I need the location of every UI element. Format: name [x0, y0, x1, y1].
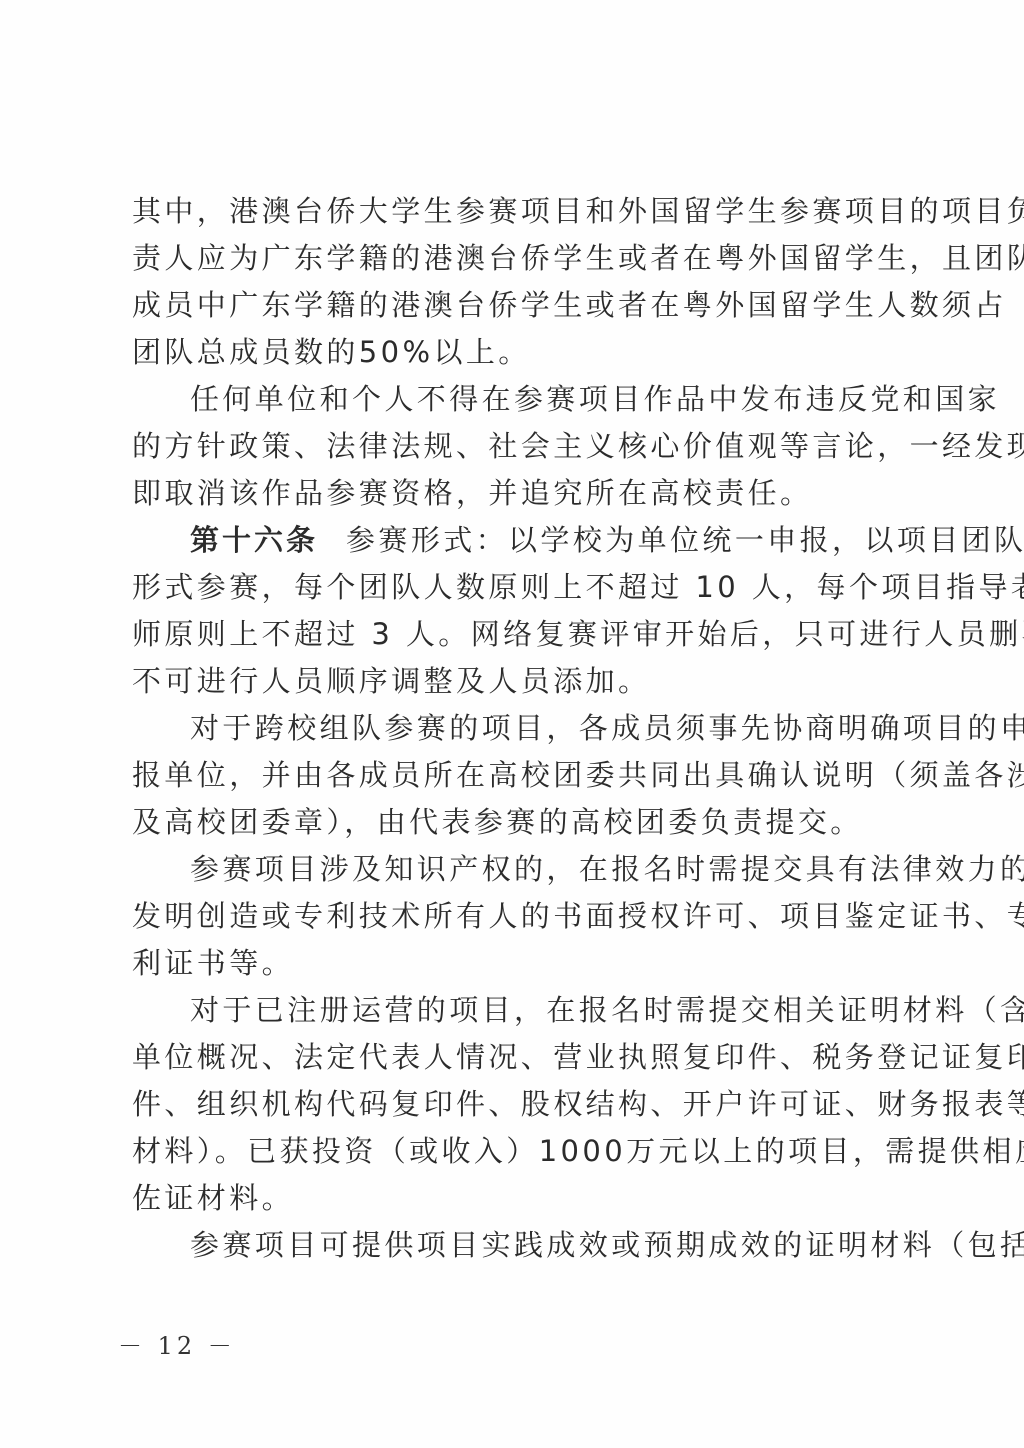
- paragraph-cross-school-teams: 对于跨校组队参赛的项目，各成员须事先协商明确项目的申 报单位，并由各成员所在高校…: [132, 705, 892, 846]
- text-line: 即取消该作品参赛资格，并追究所在高校责任。: [132, 470, 892, 517]
- text-line: 利证书等。: [132, 940, 892, 987]
- paragraph-prohibited-content: 任何单位和个人不得在参赛项目作品中发布违反党和国家 的方针政策、法律法规、社会主…: [132, 376, 892, 517]
- text-line: 对于跨校组队参赛的项目，各成员须事先协商明确项目的申: [132, 705, 892, 752]
- text-line: 对于已注册运营的项目，在报名时需提交相关证明材料（含: [132, 987, 892, 1034]
- text-line: 团队总成员数的50%以上。: [132, 329, 892, 376]
- article-16-participation-form: 第十六条参赛形式：以学校为单位统一申报，以项目团队 形式参赛，每个团队人数原则上…: [132, 517, 892, 705]
- text-line: 的方针政策、法律法规、社会主义核心价值观等言论，一经发现: [132, 423, 892, 470]
- paragraph-registered-projects: 对于已注册运营的项目，在报名时需提交相关证明材料（含 单位概况、法定代表人情况、…: [132, 987, 892, 1222]
- text-line: 责人应为广东学籍的港澳台侨学生或者在粤外国留学生，且团队: [132, 235, 892, 282]
- text-line: 参赛项目涉及知识产权的，在报名时需提交具有法律效力的: [132, 846, 892, 893]
- text-line: 参赛项目可提供项目实践成效或预期成效的证明材料（包括: [132, 1222, 892, 1269]
- text-line: 报单位，并由各成员所在高校团委共同出具确认说明（须盖各涉: [132, 752, 892, 799]
- text-line: 成员中广东学籍的港澳台侨学生或者在粤外国留学生人数须占: [132, 282, 892, 329]
- article-heading: 第十六条: [190, 523, 318, 557]
- text-line: 单位概况、法定代表人情况、营业执照复印件、税务登记证复印: [132, 1034, 892, 1081]
- page-number: － 12 －: [118, 1326, 236, 1361]
- text-line: 其中，港澳台侨大学生参赛项目和外国留学生参赛项目的项目负: [132, 188, 892, 235]
- text-line: 件、组织机构代码复印件、股权结构、开户许可证、财务报表等: [132, 1081, 892, 1128]
- text-line: 形式参赛，每个团队人数原则上不超过 10 人，每个项目指导老: [132, 564, 892, 611]
- paragraph-intellectual-property: 参赛项目涉及知识产权的，在报名时需提交具有法律效力的 发明创造或专利技术所有人的…: [132, 846, 892, 987]
- text-line: 第十六条参赛形式：以学校为单位统一申报，以项目团队: [132, 517, 892, 564]
- document-page: 其中，港澳台侨大学生参赛项目和外国留学生参赛项目的项目负 责人应为广东学籍的港澳…: [0, 0, 1024, 1448]
- paragraph-overseas-students: 其中，港澳台侨大学生参赛项目和外国留学生参赛项目的项目负 责人应为广东学籍的港澳…: [132, 188, 892, 376]
- article-text: 参赛形式：以学校为单位统一申报，以项目团队: [346, 523, 1024, 557]
- document-body: 其中，港澳台侨大学生参赛项目和外国留学生参赛项目的项目负 责人应为广东学籍的港澳…: [132, 188, 892, 1269]
- text-line: 发明创造或专利技术所有人的书面授权许可、项目鉴定证书、专: [132, 893, 892, 940]
- text-line: 佐证材料。: [132, 1175, 892, 1222]
- text-line: 材料）。已获投资（或收入）1000万元以上的项目，需提供相应: [132, 1128, 892, 1175]
- text-line: 师原则上不超过 3 人。网络复赛评审开始后，只可进行人员删减，: [132, 611, 892, 658]
- text-line: 及高校团委章），由代表参赛的高校团委负责提交。: [132, 799, 892, 846]
- text-line: 不可进行人员顺序调整及人员添加。: [132, 658, 892, 705]
- paragraph-effectiveness-proof: 参赛项目可提供项目实践成效或预期成效的证明材料（包括: [132, 1222, 892, 1269]
- text-line: 任何单位和个人不得在参赛项目作品中发布违反党和国家: [132, 376, 892, 423]
